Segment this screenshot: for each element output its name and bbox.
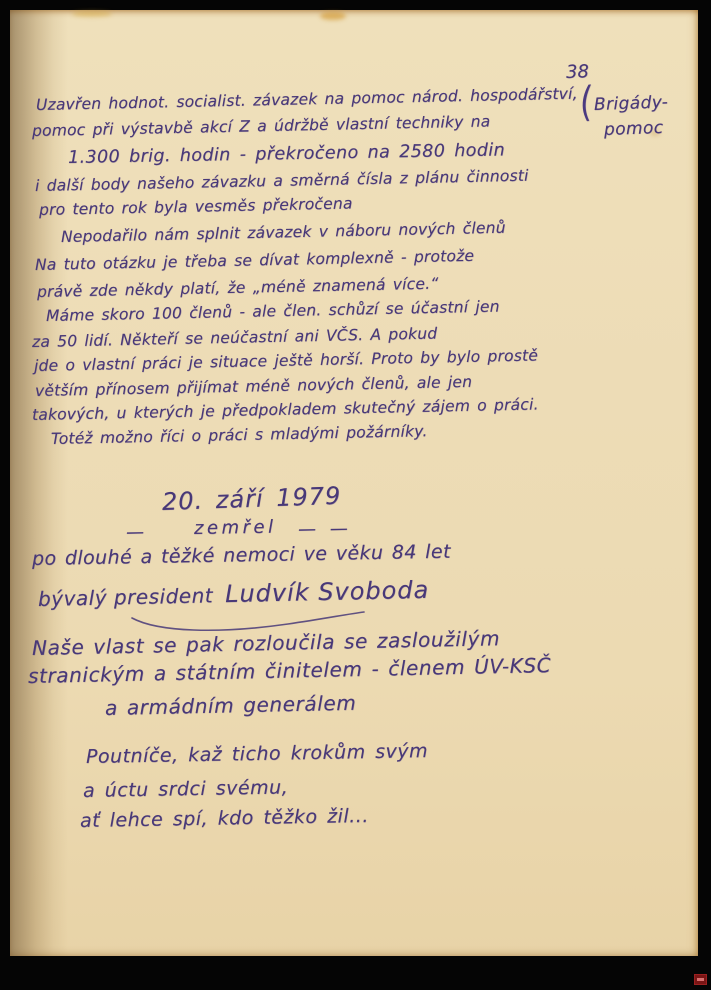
margin-note-line2: pomoc [604, 118, 664, 140]
president-title: bývalý president [38, 583, 214, 611]
report-line-12: větším přínosem přijímat méně nových čle… [35, 373, 473, 400]
obituary-name-line: bývalý presidentLudvík Svoboda [38, 576, 430, 612]
report-line-6: Nepodařilo nám splnit závazek v náboru n… [61, 219, 506, 246]
poem-line-1: Poutníče, kaž ticho krokům svým [86, 740, 428, 768]
binding-shadow [10, 10, 68, 956]
report-line-1: Uzavřen hodnot. socialist. závazek na po… [36, 85, 578, 114]
report-line-4: i další body našeho závazku a směrná čís… [35, 167, 529, 195]
dash-right: — — [298, 518, 352, 540]
report-line-14: Totéž možno říci o práci s mladými požár… [51, 422, 428, 448]
watermark-dash-icon [697, 978, 704, 981]
report-line-7: Na tuto otázku je třeba se dívat komplex… [35, 247, 475, 274]
report-line-8: právě zde někdy platí, že „méně znamená … [37, 275, 439, 301]
dash-left: — [126, 522, 148, 543]
report-line-13: takových, u kterých je předpokladem skut… [32, 395, 539, 424]
report-line-2: pomoc při výstavbě akcí Z a údržbě vlast… [32, 112, 491, 140]
corner-watermark [694, 974, 707, 985]
scanned-page-photo: 38 ( Brigády- pomoc Uzavřen hodnot. soci… [0, 0, 711, 990]
paper-stain [72, 11, 112, 17]
report-line-9: Máme skoro 100 členů - ale člen. schůzí … [46, 298, 500, 325]
poem-line-2: a úctu srdci svému, [83, 776, 289, 802]
report-line-11: jde o vlastní práci je situace ještě hor… [34, 346, 538, 375]
report-line-3: 1.300 brig. hodin - překročeno na 2580 h… [68, 140, 505, 168]
obituary-line-4: a armádním generálem [105, 691, 357, 720]
chronicle-page: 38 ( Brigády- pomoc Uzavřen hodnot. soci… [10, 10, 698, 956]
report-line-10: za 50 lidí. Někteří se neúčastní ani VČS… [32, 325, 438, 351]
obituary-line-1: po dlouhé a těžké nemoci ve věku 84 let [32, 541, 451, 570]
margin-brace: ( [578, 79, 595, 127]
president-name: Ludvík Svoboda [225, 576, 430, 608]
obituary-died-word: zemřel [194, 517, 277, 539]
poem-line-3: ať lehce spí, kdo těžko žil... [80, 805, 369, 832]
margin-note-line1: Brigády- [594, 92, 669, 115]
paper-stain [320, 12, 346, 20]
obituary-date: 20. září 1979 [162, 482, 342, 516]
report-line-5: pro tento rok byla vesměs překročena [39, 194, 353, 219]
